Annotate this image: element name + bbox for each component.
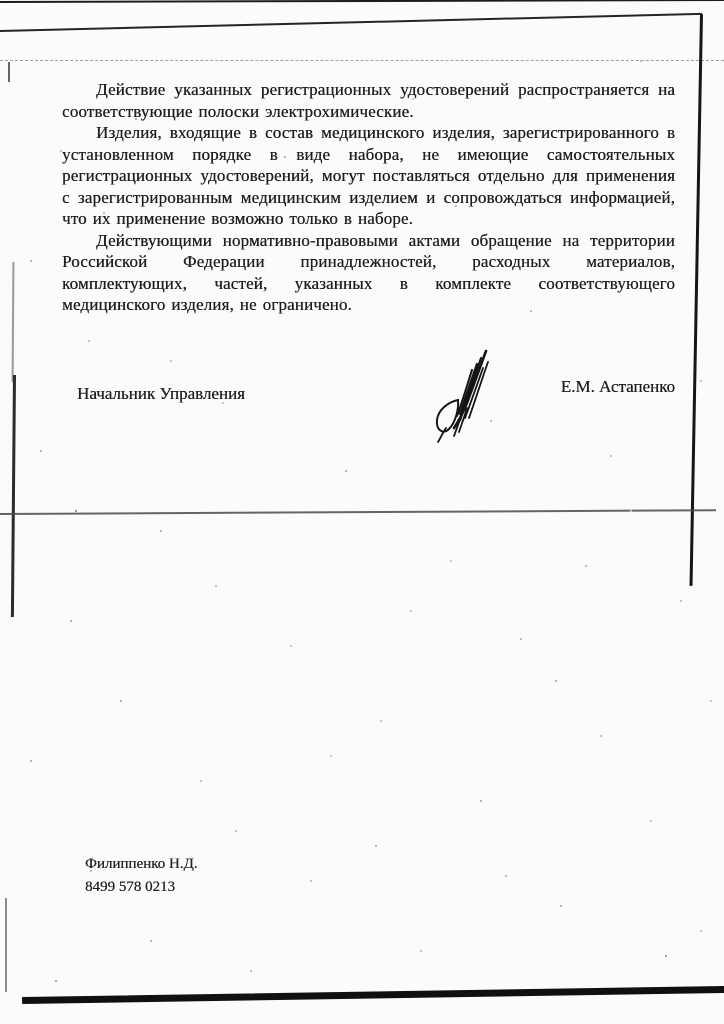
executor-block: Филиппенко Н.Д. 8499 578 0213 [85,853,197,899]
scan-paper-top-edge [0,13,702,32]
letter-body: Действие указанных регистрационных удост… [62,79,675,316]
scan-top-edge-line [0,0,724,3]
scan-bottom-edge-band [22,986,724,1004]
executor-name: Филиппенко Н.Д. [85,853,197,876]
scan-left-edge-tick [8,62,10,82]
handwritten-signature [430,348,492,444]
scan-middle-fold-line [0,509,716,514]
letter-paragraph: Изделия, входящие в состав медицинского … [62,122,675,230]
letter-paragraph: Действующими нормативно-правовыми актами… [62,230,675,316]
scanned-letter-page: Действие указанных регистрационных удост… [0,0,724,1024]
executor-phone: 8499 578 0213 [85,876,197,899]
scan-left-edge-lower [5,898,7,992]
scan-left-paper-edge-faint [12,262,14,382]
scan-right-paper-edge [690,14,703,586]
position-title: Начальник Управления [77,384,245,404]
scan-dotted-fold-line [0,60,724,61]
scan-noise-layer [0,0,2,2]
scan-left-paper-edge [11,375,16,617]
signer-name: Е.М. Астапенко [558,377,675,397]
letter-paragraph: Действие указанных регистрационных удост… [62,79,675,122]
